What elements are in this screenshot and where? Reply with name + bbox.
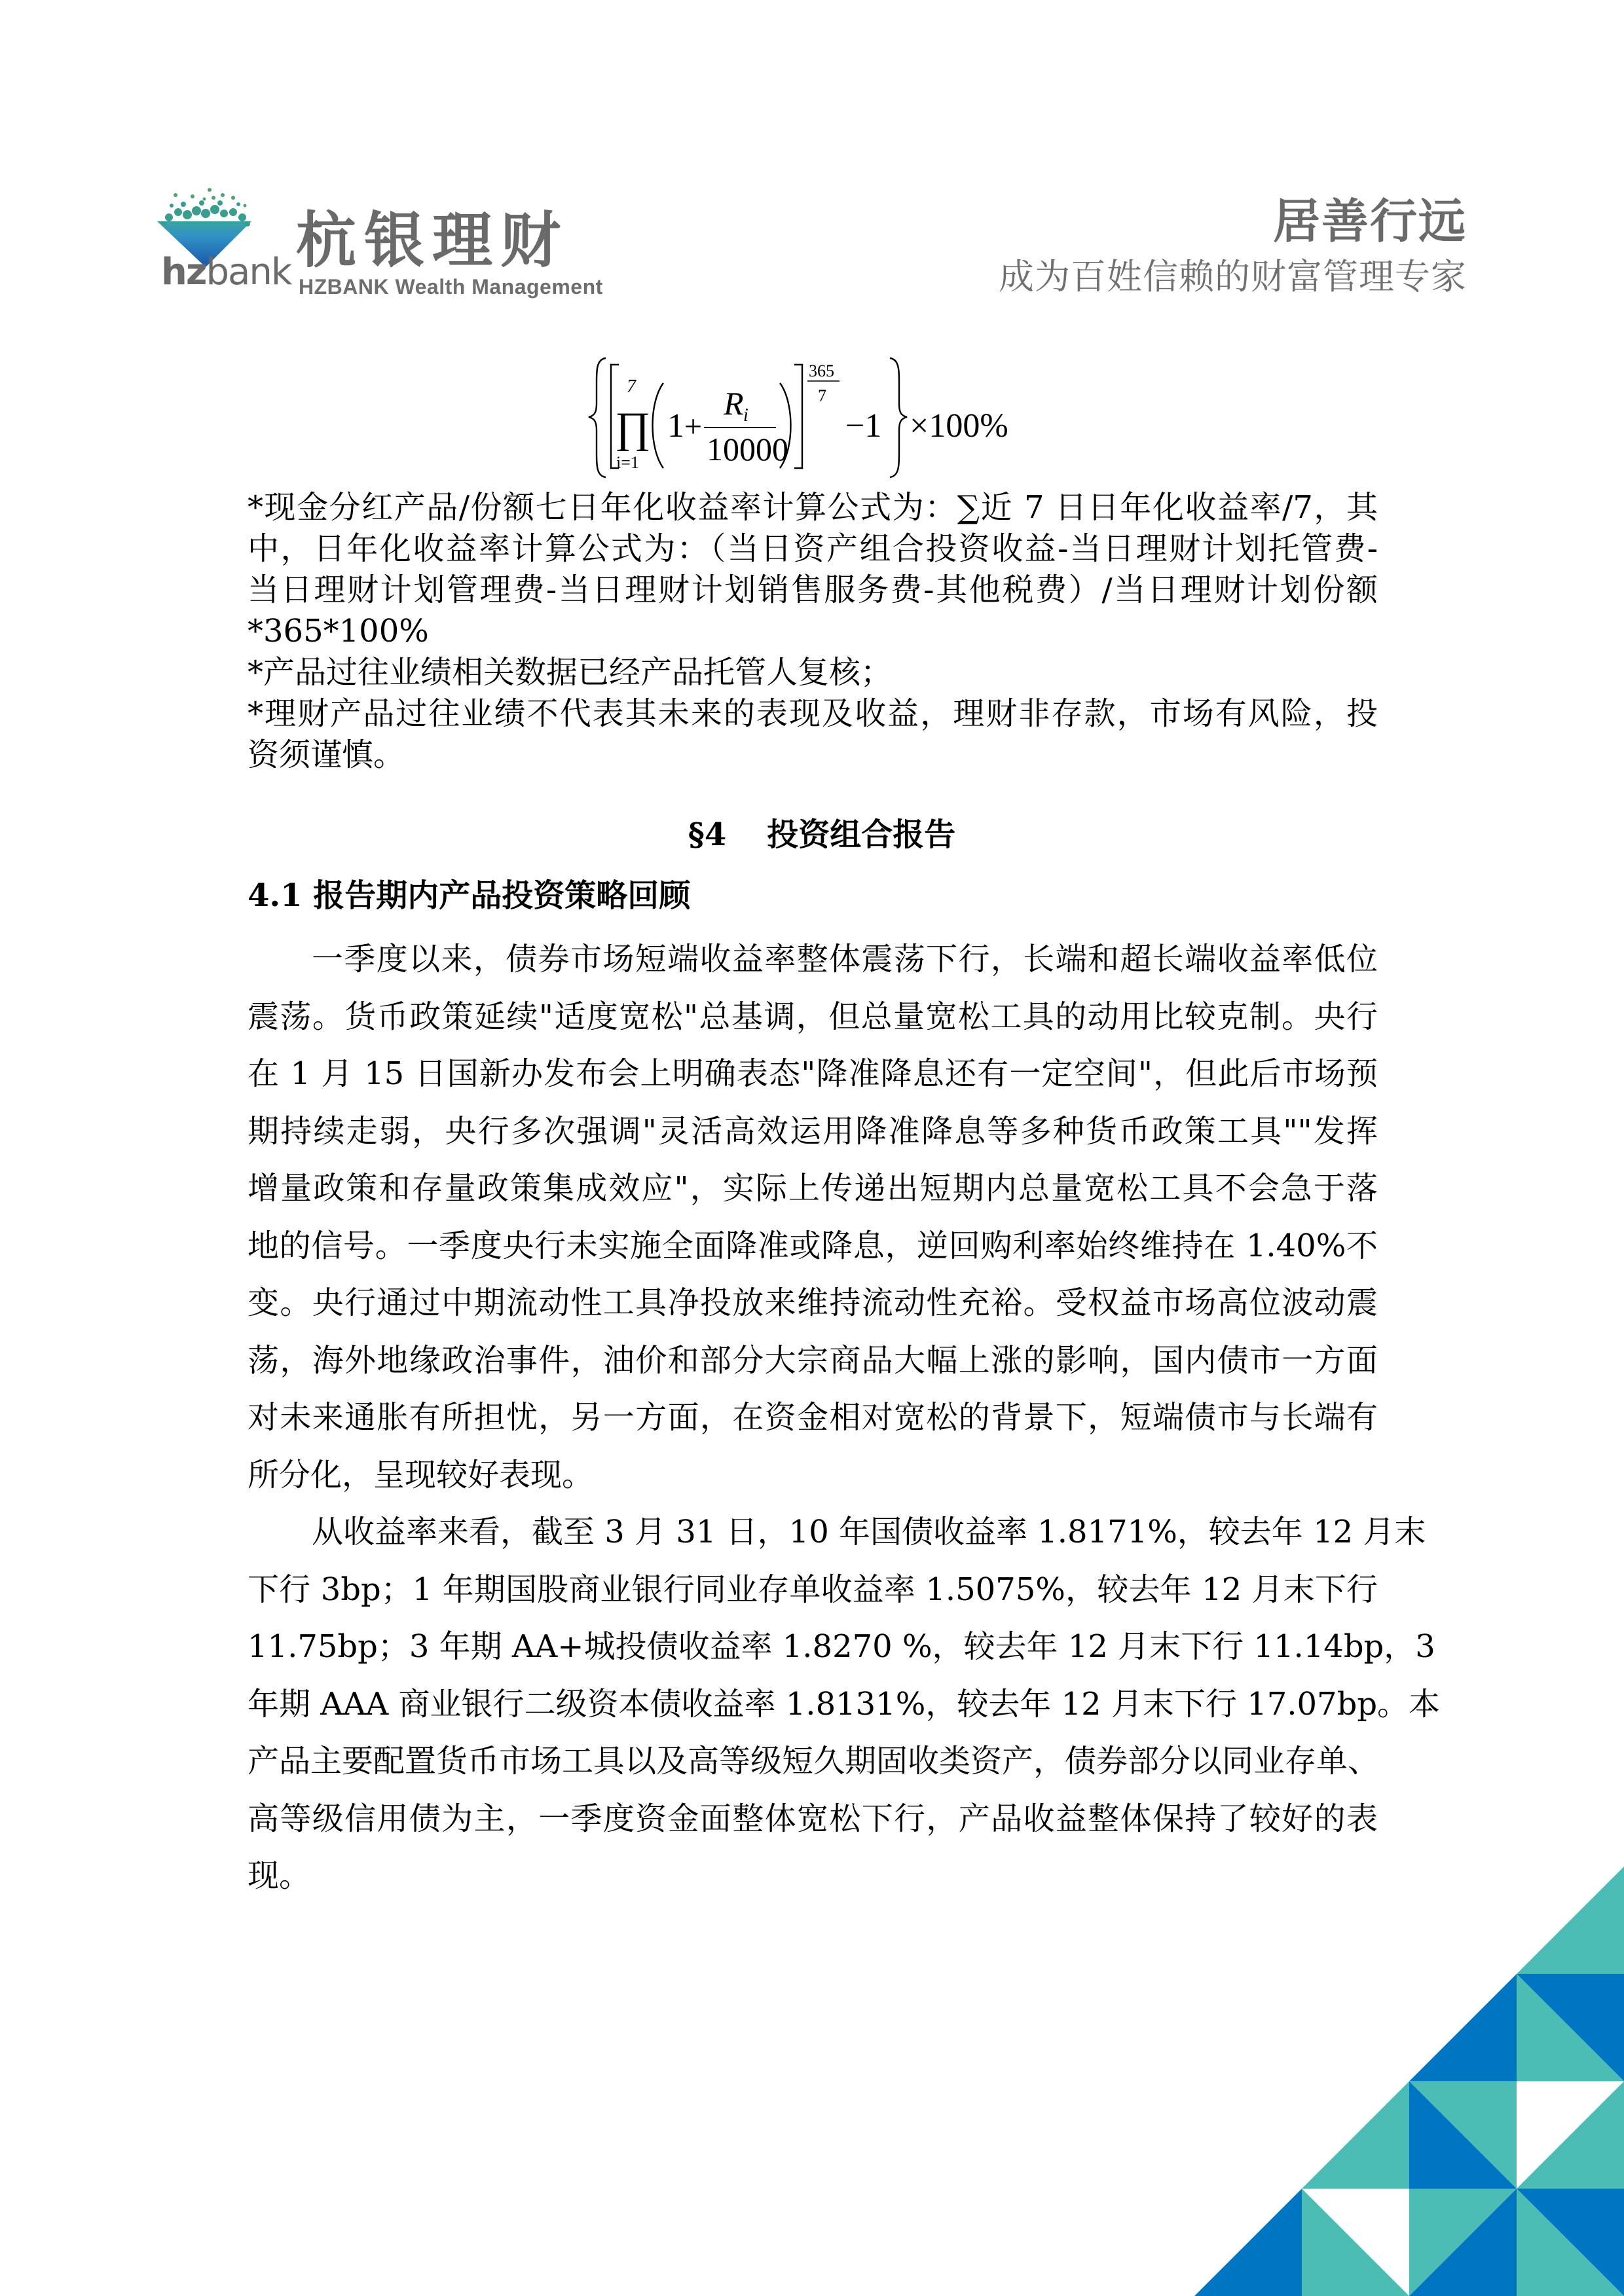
logo-wordmark-regular: bank bbox=[206, 251, 291, 293]
paragraph-line: 下行 3bp；1 年期国股商业银行同业存单收益率 1.5075%，较去年 12 … bbox=[248, 1561, 1378, 1619]
formula-times-100-percent: ×100% bbox=[910, 407, 1008, 445]
note-line: *现金分红产品/份额七日年化收益率计算公式为：∑近 7 日日年化收益率/7，其 bbox=[248, 487, 1378, 528]
paragraph-line: 变。央行通过中期流动性工具净投放来维持流动性充裕。受权益市场高位波动震 bbox=[248, 1275, 1378, 1332]
paragraph-line: 一季度以来，债券市场短端收益率整体震荡下行，长端和超长端收益率低位 bbox=[248, 931, 1378, 989]
paragraph-line: 所分化，呈现较好表现。 bbox=[248, 1447, 1378, 1504]
note-line: *理财产品过往业绩不代表其未来的表现及收益，理财非存款，市场有风险，投 bbox=[248, 693, 1378, 735]
paragraph-line: 荡，海外地缘政治事件，油价和部分大宗商品大幅上涨的影响，国内债市一方面 bbox=[248, 1332, 1378, 1390]
exponent-denominator: 7 bbox=[818, 386, 826, 405]
formula-one: 1 bbox=[667, 407, 684, 445]
formula-plus: + bbox=[684, 409, 702, 444]
section-title: §4投资组合报告 bbox=[0, 814, 1624, 856]
paragraph-line: 在 1 月 15 日国新办发布会上明确表态"降准降息还有一定空间"，但此后市场预 bbox=[248, 1046, 1378, 1103]
paragraph-line: 从收益率来看，截至 3 月 31 日，10 年国债收益率 1.8171%，较去年… bbox=[248, 1504, 1378, 1561]
right-brace bbox=[890, 358, 907, 477]
fraction-numerator-subscript: i bbox=[743, 405, 748, 426]
fraction-denominator: 10000 bbox=[707, 431, 788, 467]
right-bracket bbox=[794, 365, 802, 468]
note-line: 资须谨慎。 bbox=[248, 735, 1378, 776]
note-line: 中，日年化收益率计算公式为：（当日资产组合投资收益-当日理财计划托管费- bbox=[248, 528, 1378, 570]
left-brace bbox=[589, 358, 606, 477]
note-line: *365*100% bbox=[248, 611, 1378, 652]
paragraph-line: 11.75bp；3 年期 AA+城投债收益率 1.8270 %，较去年 12 月… bbox=[248, 1618, 1378, 1676]
exponent-numerator: 365 bbox=[809, 361, 834, 380]
subsection-title: 4.1 报告期内产品投资策略回顾 bbox=[248, 875, 690, 917]
notes-block: *现金分红产品/份额七日年化收益率计算公式为：∑近 7 日日年化收益率/7，其 … bbox=[248, 487, 1378, 776]
paragraph-yield-review: 从收益率来看，截至 3 月 31 日，10 年国债收益率 1.8171%，较去年… bbox=[248, 1504, 1378, 1905]
paragraph-line: 年期 AAA 商业银行二级资本债收益率 1.8131%，较去年 12 月末下行 … bbox=[248, 1676, 1378, 1734]
paragraph-line: 对未来通胀有所担忧，另一方面，在资金相对宽松的背景下，短端债市与长端有 bbox=[248, 1389, 1378, 1447]
paragraph-line: 震荡。货币政策延续"适度宽松"总基调，但总量宽松工具的动用比较克制。央行 bbox=[248, 989, 1378, 1046]
note-line: *产品过往业绩相关数据已经产品托管人复核； bbox=[248, 652, 1378, 693]
triangle-tiles bbox=[1194, 1867, 1624, 2296]
hzbank-logo-wordmark: hzbank bbox=[161, 254, 291, 291]
paragraph-line: 增量政策和存量政策集成效应"，实际上传递出短期内总量宽松工具不会急于落 bbox=[248, 1160, 1378, 1218]
product-upper-limit: 7 bbox=[627, 376, 637, 397]
slogan-sub: 成为百姓信赖的财富管理专家 bbox=[999, 259, 1467, 295]
slogan-main: 居善行远 bbox=[1273, 198, 1467, 245]
paragraph-line: 产品主要配置货币市场工具以及高等级短久期固收类资产，债券部分以同业存单、 bbox=[248, 1733, 1378, 1791]
corner-triangle-pattern-icon bbox=[1194, 1867, 1624, 2296]
brand-name-cn: 杭银理财 bbox=[296, 211, 568, 271]
section-title-text: 投资组合报告 bbox=[767, 816, 955, 853]
formula-minus-one: −1 bbox=[845, 407, 881, 445]
product-lower-limit: i=1 bbox=[616, 453, 639, 472]
seven-day-yield-formula: 7 ∏ i=1 1 + R i 10000 365 7 −1 ×100% bbox=[586, 350, 1058, 484]
product-symbol: ∏ bbox=[615, 404, 650, 452]
section-number: §4 bbox=[688, 816, 727, 853]
note-line: 当日理财计划管理费-当日理财计划销售服务费-其他税费）/当日理财计划份额 bbox=[248, 570, 1378, 611]
logo-wordmark-bold: hz bbox=[161, 251, 206, 293]
fraction-numerator: R bbox=[723, 385, 744, 422]
paragraph-strategy-review: 一季度以来，债券市场短端收益率整体震荡下行，长端和超长端收益率低位 震荡。货币政… bbox=[248, 931, 1378, 1504]
brand-name-en: HZBANK Wealth Management bbox=[299, 276, 603, 297]
left-paren bbox=[653, 383, 664, 468]
paragraph-line: 期持续走弱，央行多次强调"灵活高效运用降准降息等多种货币政策工具""发挥 bbox=[248, 1103, 1378, 1161]
paragraph-line: 地的信号。一季度央行未实施全面降准或降息，逆回购利率始终维持在 1.40%不 bbox=[248, 1218, 1378, 1275]
paragraph-line: 高等级信用债为主，一季度资金面整体宽松下行，产品收益整体保持了较好的表 bbox=[248, 1791, 1378, 1848]
